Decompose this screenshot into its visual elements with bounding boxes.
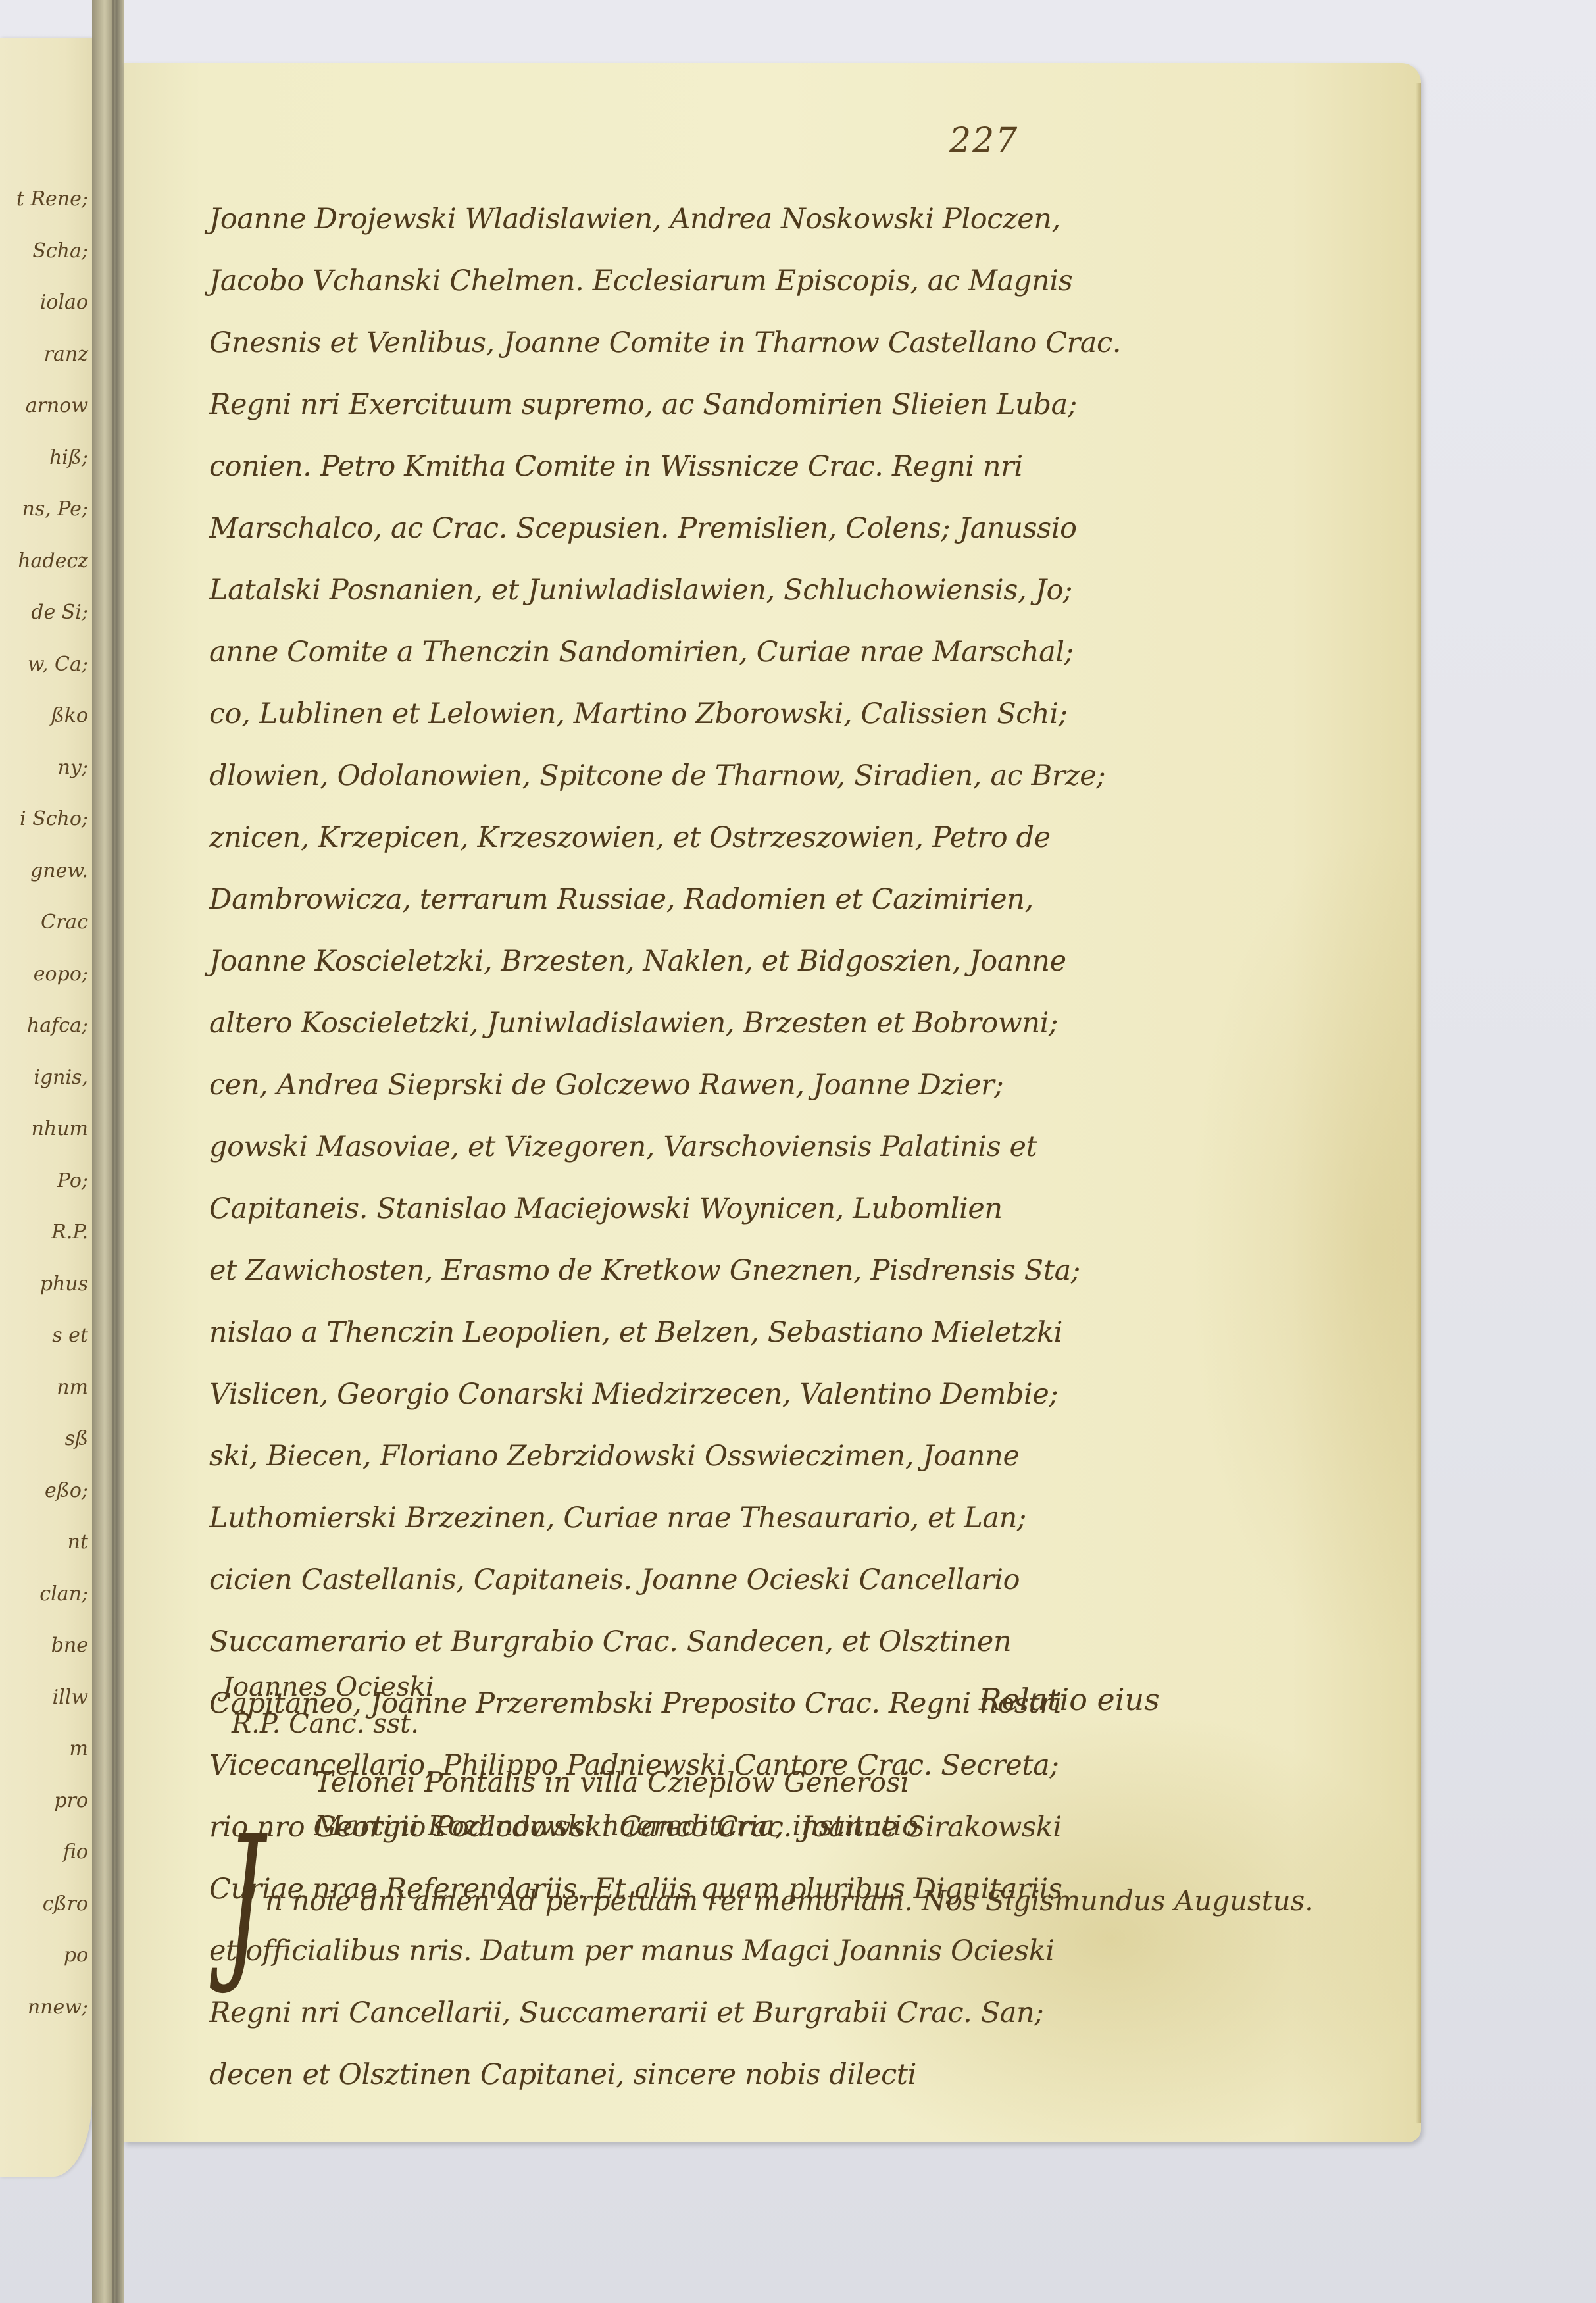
entry-incipit: n noie dni amen Ad perpetuam rei memoria…	[265, 1885, 1314, 1917]
text-line: Regni nri Exercituum supremo, ac Sandomi…	[209, 374, 1235, 436]
chancellor-subscription: Joannes Ocieski R.P. Canc. sst.	[222, 1669, 434, 1742]
subscription-line: Joannes Ocieski	[222, 1669, 434, 1706]
margin-fragment: m	[70, 1737, 88, 1760]
text-line: Marschalco, ac Crac. Scepusien. Premisli…	[209, 497, 1235, 559]
text-line: altero Koscieletzki, Juniwladislawien, B…	[209, 992, 1235, 1054]
margin-fragment: Po;	[57, 1169, 88, 1192]
margin-fragment: R.P.	[51, 1221, 88, 1244]
book-gutter	[92, 0, 124, 2303]
margin-fragment: phus	[40, 1273, 88, 1296]
margin-fragment: illw	[53, 1686, 88, 1709]
text-line: Gnesnis et Venlibus, Joanne Comite in Th…	[209, 312, 1235, 374]
folio-number: 227	[949, 121, 1018, 161]
text-line: dlowien, Odolanowien, Spitcone de Tharno…	[209, 745, 1235, 807]
margin-fragment: clan;	[39, 1582, 88, 1606]
left-page-text-fragments: t Rene;Scha;iolaoranzarnowhiß;ns, Pe;had…	[0, 0, 92, 2171]
margin-fragment: cßro	[43, 1892, 88, 1915]
manuscript-page: 227 Joanne Drojewski Wladislawien, Andre…	[124, 63, 1421, 2142]
margin-fragment: t Rene;	[16, 188, 88, 211]
margin-fragment: nhum	[32, 1117, 88, 1140]
margin-fragment: eopo;	[34, 963, 88, 986]
margin-fragment: ßko	[51, 704, 88, 727]
subscription: Joannes Ocieski R.P. Canc. sst. Relatio …	[222, 1669, 1249, 1767]
text-line: cicien Castellanis, Capitaneis. Joanne O…	[209, 1549, 1235, 1611]
text-line: et Zawichosten, Erasmo de Kretkow Gnezne…	[209, 1240, 1235, 1302]
margin-fragment: s et	[52, 1324, 88, 1347]
text-line: znicen, Krzepicen, Krzeszowien, et Ostrz…	[209, 807, 1235, 869]
text-line: conien. Petro Kmitha Comite in Wissnicze…	[209, 436, 1235, 497]
margin-fragment: nnew;	[28, 1996, 88, 2019]
margin-fragment: ignis,	[34, 1066, 88, 1089]
margin-fragment: arnow	[26, 394, 88, 417]
margin-fragment: nt	[68, 1531, 88, 1554]
margin-fragment: Crac	[41, 911, 88, 934]
margin-fragment: w, Ca;	[28, 653, 88, 676]
text-line: Vislicen, Georgio Conarski Miedzirzecen,…	[209, 1363, 1235, 1425]
text-line: ski, Biecen, Floriano Zebrzidowski Osswi…	[209, 1425, 1235, 1487]
text-line: Regni nri Cancellarii, Succamerarii et B…	[209, 1982, 1235, 2044]
margin-fragment: i Scho;	[20, 807, 88, 830]
heading-line: Martini Kozanowski haereditaria, institu…	[314, 1804, 918, 1848]
margin-fragment: eßo;	[45, 1479, 88, 1502]
text-line: decen et Olsztinen Capitanei, sincere no…	[209, 2044, 1235, 2106]
decorated-initial: J	[226, 1813, 263, 1985]
margin-fragment: pro	[54, 1789, 88, 1812]
text-line: Joanne Koscieletzki, Brzesten, Naklen, e…	[209, 930, 1235, 992]
text-line: Luthomierski Brzezinen, Curiae nrae Thes…	[209, 1487, 1235, 1549]
margin-fragment: gnew.	[30, 859, 88, 882]
text-line: nislao a Thenczin Leopolien, et Belzen, …	[209, 1302, 1235, 1363]
text-line: Joanne Drojewski Wladislawien, Andrea No…	[209, 188, 1235, 250]
margin-fragment: de Si;	[31, 601, 88, 624]
margin-fragment: hafca;	[27, 1014, 88, 1037]
margin-fragment: nm	[57, 1376, 88, 1399]
margin-fragment: ranz	[44, 343, 88, 366]
text-line: Succamerario et Burgrabio Crac. Sandecen…	[209, 1611, 1235, 1673]
margin-fragment: bne	[51, 1634, 88, 1657]
margin-fragment: ny;	[58, 756, 88, 779]
text-line: et officialibus nris. Datum per manus Ma…	[209, 1920, 1235, 1982]
margin-fragment: hiß;	[49, 446, 88, 469]
margin-fragment: Scha;	[32, 240, 88, 263]
margin-fragment: iolao	[40, 291, 88, 314]
margin-fragment: hadecz	[18, 549, 88, 572]
margin-fragment: po	[64, 1944, 88, 1967]
text-line: Latalski Posnanien, et Juniwladislawien,…	[209, 559, 1235, 621]
text-line: Capitaneis. Stanislao Maciejowski Woynic…	[209, 1178, 1235, 1240]
text-line: anne Comite a Thenczin Sandomirien, Curi…	[209, 621, 1235, 683]
text-line: Dambrowicza, terrarum Russiae, Radomien …	[209, 869, 1235, 930]
margin-fragment: fio	[63, 1840, 88, 1863]
subscription-line: R.P. Canc. sst.	[222, 1706, 434, 1742]
relatio-note: Relatio eius	[979, 1682, 1160, 1717]
heading-line: Telonei Pontalis in villa Czieplow Gener…	[314, 1761, 918, 1804]
entry-heading: Telonei Pontalis in villa Czieplow Gener…	[314, 1761, 918, 1848]
text-line: co, Lublinen et Lelowien, Martino Zborow…	[209, 683, 1235, 745]
margin-fragment: ns, Pe;	[22, 497, 89, 520]
text-line: cen, Andrea Sieprski de Golczewo Rawen, …	[209, 1054, 1235, 1116]
text-line: gowski Masoviae, et Vizegoren, Varschovi…	[209, 1116, 1235, 1178]
text-line: Jacobo Vchanski Chelmen. Ecclesiarum Epi…	[209, 250, 1235, 312]
margin-fragment: sß	[65, 1427, 88, 1450]
